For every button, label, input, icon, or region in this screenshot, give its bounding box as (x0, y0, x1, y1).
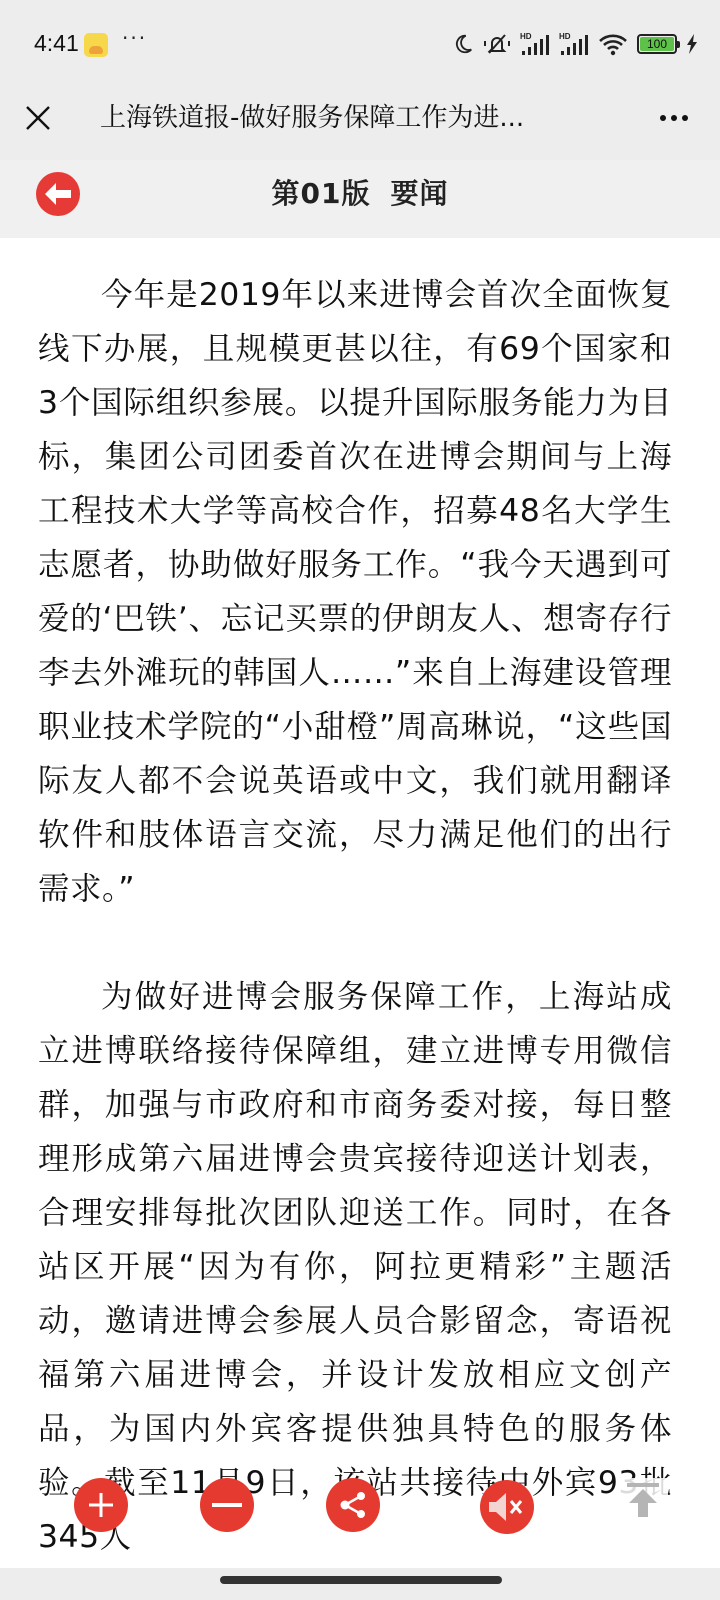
signal-hd-icon: HD (559, 31, 589, 57)
more-notifications-icon: ··· (122, 26, 147, 50)
battery-level: 100 (640, 37, 674, 51)
zoom-out-button[interactable] (200, 1478, 254, 1532)
app-notification-icon (84, 33, 108, 57)
more-icon-dot (660, 115, 666, 121)
close-icon (25, 105, 51, 131)
speaker-muted-icon (487, 1490, 527, 1524)
status-icons: HD HD 100 (452, 30, 698, 58)
battery-icon: 100 (637, 34, 677, 54)
svg-text:HD: HD (559, 32, 571, 41)
wifi-icon (598, 32, 628, 56)
more-icon-dot (671, 115, 677, 121)
signal-hd-icon: HD (520, 31, 550, 57)
home-indicator[interactable] (220, 1576, 502, 1584)
more-icon-dot (682, 115, 688, 121)
zoom-in-button[interactable] (74, 1478, 128, 1532)
section-name: 要闻 (390, 177, 448, 210)
plus-icon (86, 1490, 116, 1520)
system-nav-bar (0, 1568, 720, 1600)
article-paragraph: 今年是2019年以来进博会首次全面恢复线下办展，且规模更甚以往，有69个国家和3… (38, 268, 672, 916)
edition-bar: 第01版要闻 (0, 160, 720, 238)
share-button[interactable] (326, 1478, 380, 1532)
article-paragraph: 为做好进博会服务保障工作，上海站成立进博联络接待保障组，建立进博专用微信群，加强… (38, 970, 672, 1564)
minus-icon (210, 1490, 244, 1520)
charging-icon (686, 34, 698, 54)
scroll-to-top-icon (625, 1481, 661, 1519)
scroll-to-top-button[interactable] (618, 1478, 668, 1522)
bell-muted-icon (483, 32, 511, 56)
edition-number: 第01版 (272, 177, 371, 210)
moon-icon (452, 33, 474, 55)
mute-button[interactable] (480, 1480, 534, 1534)
close-button[interactable] (18, 98, 58, 138)
status-bar: 4:41 ··· HD HD 100 (0, 0, 720, 80)
page-title: 上海铁道报-做好服务保障工作为进... (100, 100, 600, 136)
edition-title: 第01版要闻 (0, 174, 720, 214)
more-options-button[interactable] (652, 100, 696, 136)
share-icon (338, 1490, 368, 1520)
status-time: 4:41 (34, 30, 79, 57)
title-bar: 上海铁道报-做好服务保障工作为进... (0, 80, 720, 160)
article-body: 今年是2019年以来进博会首次全面恢复线下办展，且规模更甚以往，有69个国家和3… (38, 268, 672, 1564)
svg-text:HD: HD (520, 32, 532, 41)
